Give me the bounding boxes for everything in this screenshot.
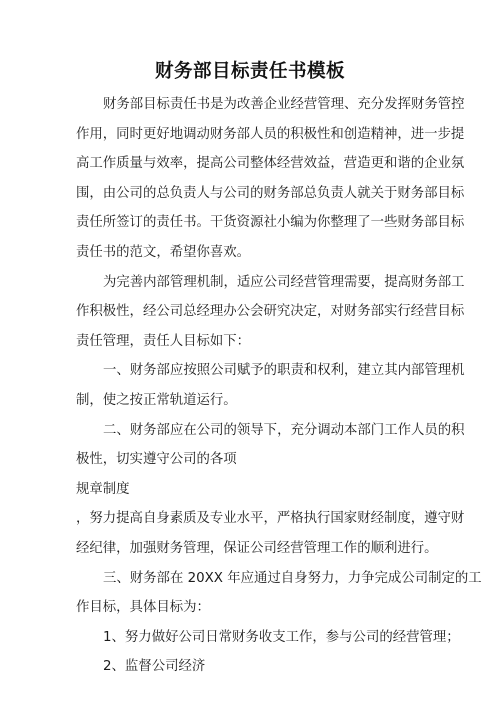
text-line: 经纪律，加强财务管理，保证公司经营管理工作的顺利进行。 [76, 534, 418, 564]
text-line: 高工作质量与效率，提高公司整体经营效益，营造更和谐的企业氛 [76, 149, 418, 179]
text-line: 一、财务部应按照公司赋予的职责和权利，建立其内部管理机 [76, 356, 418, 386]
text-line: 责任所签订的责任书。干货资源社小编为你整理了一些财务部目标 [76, 208, 418, 238]
text-line: 围，由公司的总负责人与公司的财务部总负责人就关于财务部目标 [76, 179, 418, 209]
text-line: 责任书的范文，希望你喜欢。 [76, 238, 418, 268]
text-line: 作积极性，经公司总经理办公会研究决定，对财务部实行经营目标 [76, 297, 418, 327]
text-line: 规章制度 [76, 475, 418, 505]
text-line: 为完善内部管理机制，适应公司经营管理需要，提高财务部工 [76, 268, 418, 298]
text-line: 财务部目标责任书是为改善企业经营管理、充分发挥财务管控 [76, 90, 418, 120]
text-line: 责任管理，责任人目标如下： [76, 327, 418, 357]
document-title: 财务部目标责任书模板 [0, 61, 500, 83]
text-line: 1、努力做好公司日常财务收支工作，参与公司的经营管理； [76, 623, 418, 653]
text-line: ，努力提高自身素质及专业水平，严格执行国家财经制度，遵守财 [76, 504, 418, 534]
text-line: 作目标，具体目标为： [76, 593, 418, 623]
document-page: 财务部目标责任书模板 财务部目标责任书是为改善企业经营管理、充分发挥财务管控 作… [0, 0, 500, 707]
text-line: 三、财务部在 20XX 年应通过自身努力，力争完成公司制定的工 [76, 564, 418, 594]
text-line: 制，使之按正常轨道运行。 [76, 386, 418, 416]
text-line: 极性，切实遵守公司的各项 [76, 445, 418, 475]
document-body: 财务部目标责任书是为改善企业经营管理、充分发挥财务管控 作用，同时更好地调动财务… [76, 90, 418, 682]
text-line: 2、监督公司经济 [76, 652, 418, 682]
text-line: 二、财务部应在公司的领导下，充分调动本部门工作人员的积 [76, 416, 418, 446]
text-line: 作用，同时更好地调动财务部人员的积极性和创造精神，进一步提 [76, 120, 418, 150]
